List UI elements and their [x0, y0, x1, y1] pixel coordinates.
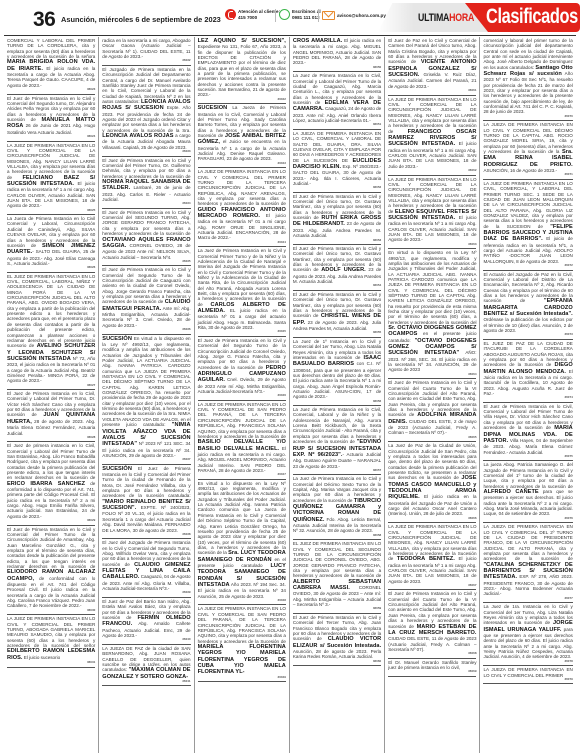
ad-text: En virtud a lo dispuesto en la Ley Nº 49… [388, 250, 476, 324]
classified-ad: El Juzgado de Primera Instancia en la Ci… [102, 66, 190, 157]
ad-code: 36047 [198, 473, 286, 477]
ad-text: LA JUEZ DE PRIMERA INSTANCIA EN LO CIVIL… [7, 616, 95, 648]
publication-date: Asunción, miércoles 6 de septiembre de 2… [61, 15, 221, 24]
classified-ad: LA JUEZ DE PRIMERA INSTANCIA EN LO CIVIL… [7, 142, 95, 216]
ad-code: 36049 [198, 676, 286, 680]
ad-code: 36053 [293, 239, 381, 243]
ad-code: 36073 [483, 333, 572, 337]
classified-ad: LA JUEZ DE PRIMERA INSTANCIA EN LO CIVIL… [198, 168, 286, 247]
ad-code: 36039 [102, 591, 190, 595]
ad-code: 36024 [7, 135, 95, 139]
ad-code: 36035 [102, 260, 190, 264]
whatsapp-icon [279, 9, 290, 20]
ad-text: CIUDAD DEL ESTE, 11 de Agosto de 2023 (A… [388, 636, 476, 652]
classified-ad: El Juez de Primera Instancia en lo Civil… [7, 95, 95, 142]
classified-ad: El Juez de Primera Instancia en lo Civil… [198, 337, 286, 401]
ad-code: 36066 [388, 517, 476, 521]
classified-ad: La Jueza de Primera Instancia en lo Civi… [7, 215, 95, 273]
classified-ad: El Juez de Paz en lo Civil y Comercial d… [388, 37, 476, 96]
classified-ad: En virtud a lo dispuesto en la Ley Nº 49… [198, 480, 286, 606]
ad-text: con C.I. Nº 1308044, para que se present… [293, 361, 381, 399]
ad-text: Asunción, 28 de agosto de 2023. Perla Ka… [293, 649, 381, 659]
column-2: radica en la secretaría a mi cargo, Abog… [99, 37, 194, 753]
classified-ad: LA JUEZ DE PRIMERA INSTANCIA EN LO CIVIL… [388, 523, 476, 590]
deceased-name: CROS AMARILLA. [293, 38, 342, 44]
classified-ad: El Dr. Manuel Gerardo Sanfildo Stanley j… [388, 659, 476, 677]
ad-code: 36044 [198, 241, 286, 245]
classified-ad: La Juez de 1ra. Instancia en lo Civil y … [483, 603, 572, 666]
brand-bar: ULTIMAHORA Clasificados [378, 3, 580, 32]
ad-code: 36062 [388, 169, 476, 173]
classified-ad: El Juez de Primera Instancia en lo Civil… [293, 245, 381, 291]
classified-ad: El Juez de Primera Instancia en lo Civil… [293, 614, 381, 666]
classified-ad: El Juez de Primera Instancia en lo Civil… [483, 403, 572, 462]
classified-ad: COMERCIAL Y LABORAL DEL PRIMER TURNO DE … [7, 37, 95, 95]
ad-code: 36040 [102, 638, 190, 642]
deceased-name: SUCESIÓN [102, 336, 132, 342]
ad-code: 36065 [388, 436, 476, 440]
ad-code: 36034 [102, 202, 190, 206]
ad-code: 36025 [7, 209, 95, 213]
classified-ad: SUCESIÓN En virtud a lo dispuesto en la … [102, 335, 190, 465]
classified-ad: CROS AMARILLA. El juicio radica en la se… [293, 37, 381, 72]
classified-ad: radica en la secretaría a mi cargo, Abog… [102, 37, 190, 66]
deceased-name: MARIELA FLORENTINA YEGROS Y/O MARIELA FL… [198, 644, 286, 675]
classified-ad: El Juez de Primera Instancia en lo Civil… [102, 266, 190, 334]
classified-ad: La Juez de Primera Instancia en lo Civil… [293, 475, 381, 540]
classified-ad: LA JUEZ DE PRIMERA INSTANCIA EN LO CIVIL… [388, 96, 476, 176]
ad-code: 36031 [7, 661, 95, 665]
deceased-name: ADOLF UNGER. [321, 267, 366, 273]
ad-text: La Juez de Primera Instancia en lo Civil… [198, 248, 286, 306]
ad-code: 36032 [102, 59, 190, 63]
ad-text: de conformidad a lo dispuesto por el Art… [7, 481, 95, 519]
ad-code: 36036 [102, 328, 190, 332]
ad-code: 36054 [293, 284, 381, 288]
ad-code: 36050 [293, 66, 381, 70]
classified-ad: LA JUEZ DE PRIMERA INSTANCIA EN LO CIVIL… [388, 176, 476, 250]
ad-code: 36059 [293, 607, 381, 611]
ad-code: 36067 [388, 584, 476, 588]
classified-ad: El Juez de Paz del Barrio San Isidro, Ab… [102, 598, 190, 645]
classified-ad: LA JUEZ DE PRIMERA INSTANCIA EN LO CIVIL… [198, 605, 286, 682]
ad-text: El Juez de primera instancia en lo Civil… [7, 443, 95, 480]
ad-text: EL JUEZ DE PRIMERA INSTANCIA EN LO CIVIL… [293, 541, 381, 578]
page-header: 36 Asunción, miércoles 6 de septiembre d… [0, 0, 580, 34]
ad-code: 36048 [198, 599, 286, 603]
ad-code: 36076 [483, 517, 572, 521]
classified-ad: comercial y laboral del primer turno de … [483, 37, 572, 121]
classified-ad: LA JUEZA DE PAZ de la ciudad de SAN BERN… [102, 645, 190, 687]
deceased-name: BASILIO DELVALLE Y/O BASILIO DELVALLE MA… [198, 439, 286, 451]
ad-code: 36058 [293, 534, 381, 538]
deceased-name: ERICO IBARRA SANCHEZ [7, 481, 85, 487]
ad-text: El Juez de Primera Instancia en lo Civil… [102, 210, 190, 236]
ad-text: LA JUEZA DE PRIMERA INSTANCIA EN LO CIVI… [483, 122, 572, 154]
ad-code: 36061 [388, 89, 476, 93]
classified-ad: SUCESION La Jueza de Primera Instancia e… [198, 104, 286, 168]
ad-code: 36069 [388, 670, 476, 674]
classified-ad: LA JUEZA DE PRIMERA INSTANCIA EN LO CIVI… [483, 666, 572, 684]
classified-ad: El Juez de Primera Instancia en lo Civil… [293, 291, 381, 338]
ad-code: 36029 [7, 519, 95, 523]
classified-ad: LA JUEZ DE PRIMERA INSTANCIA EN LO CIVIL… [198, 401, 286, 480]
ad-code: 36072 [483, 264, 572, 268]
ad-code: 36038 [102, 533, 190, 537]
ad-text: ASUNCIÓN, 16 de Agosto de 2023.- [483, 168, 557, 173]
classified-ad: La jueza Abog. Patricia Samaniego O. del… [483, 461, 572, 523]
classified-ad: En virtud a lo dispuesto en la Ley Nº 49… [388, 249, 476, 379]
ad-code: 36079 [483, 678, 572, 682]
ad-text: El Dr. Manuel Gerardo Sanfildo Stanley j… [388, 660, 476, 670]
classified-ad: La Juez de 1º Instancia en lo Civil y Co… [293, 338, 381, 406]
ad-text: Año 2023 Nº 67 Folio 08 Sec Nº1, ha resu… [483, 71, 572, 114]
ad-text: La jueza Abog. Patricia Samaniego O. del… [483, 462, 572, 488]
header-rule [4, 35, 576, 36]
ad-code: 36063 [388, 243, 476, 247]
classified-ad: EL JUEZ DE PRIMERA INSTANCIA EN LO CIVIL… [7, 273, 95, 390]
classified-ad: El Juez del Juzgado de Primera Instancia… [102, 539, 190, 598]
ad-text: Expediente No 131, Folio 67, Año 2023, a… [198, 44, 286, 97]
ad-text: El juicio sucesorio [22, 655, 60, 660]
classified-ad: El Juez de Primera Instancia en lo Civil… [388, 379, 476, 442]
classified-ad: La Juez de Primera Instancia en lo Civil… [198, 247, 286, 337]
ad-code: 36055 [293, 331, 381, 335]
ad-code: 36023 [7, 88, 95, 92]
ad-code: 36030 [7, 609, 95, 613]
phone-icon [225, 9, 236, 20]
ad-code: 36075 [483, 455, 572, 459]
ad-code: 36037 [102, 458, 190, 462]
ad-text: En virtud a lo dispuesto en la Ley Nº 49… [102, 336, 190, 428]
classified-ad: LA JUEZA DE PRIMERA INSTANCIA EN LO CIVI… [483, 121, 572, 180]
divider [275, 9, 276, 22]
ad-text: radica en la secretaría a mi cargo, Abog… [102, 38, 190, 59]
ad-code: 36028 [7, 436, 95, 440]
classified-ad: El Juez de Primera Instancia en lo Civil… [7, 390, 95, 442]
classified-ad: El Juez de Primera Instancia en lo Civil… [7, 526, 95, 616]
classified-ad: La Juez de Paz de la Ciudad de Unión, Ci… [388, 442, 476, 523]
classified-ad: El Actuario del Juzgado de Paz en lo Civ… [483, 271, 572, 340]
ad-text: COMERCIAL Y LABORAL DEL PRIMER TURNO DE … [7, 38, 95, 59]
ad-code: 36046 [198, 394, 286, 398]
ad-code: 36045 [198, 330, 286, 334]
ad-code: 36060 [293, 660, 381, 664]
deceased-name: TEODORA BENITEZ. [397, 556, 455, 562]
mail-icon [322, 11, 335, 20]
ad-code: 36071 [483, 173, 572, 177]
ad-text: EL JUEZ DE PRIMERA INSTANCIA EN LO CIVIL… [7, 274, 95, 348]
classified-ad: El Juez de Primera Instancia en lo Civil… [102, 209, 190, 267]
classified-ad: LA JUEZ DE PRIMERA INSTANCIA EN LO CIVIL… [7, 615, 95, 667]
ad-text: En virtud a lo dispuesto en la Ley Nº 49… [198, 481, 286, 555]
ad-text: 23 de Agosto de 2023. Abg. Julia Andrea … [293, 320, 381, 331]
ad-text: LA JUEZ DE PRIMERA INSTANCIA EN LO CIVIL… [198, 402, 286, 439]
email-contact: avisos@uhora.com.py [322, 11, 386, 20]
classified-ad: LA JUEZA DE PRIMERA INSTANCIA EN LO CIVI… [293, 130, 381, 193]
classified-ad: LA JUEZ DE PRIMERA INSTANCIA EN LO CIVIL… [483, 180, 572, 271]
ad-text: LA JUEZA DE PRIMERA INSTANCIA EN LO CIVI… [483, 667, 572, 677]
ad-code: 36041 [102, 680, 190, 684]
deceased-name: LEZ AQUINO S/ SUCESION", [198, 38, 286, 44]
customer-service-contact: Atención al cliente:415 7000 [225, 9, 280, 20]
column-1: COMERCIAL Y LABORAL DEL PRIMER TURNO DE … [4, 37, 99, 753]
classified-ad: LEZ AQUINO S/ SUCESION", Expediente No 1… [198, 37, 286, 104]
column-6: comercial y laboral del primer turno de … [480, 37, 575, 753]
classifieds-columns: COMERCIAL Y LABORAL DEL PRIMER TURNO DE … [4, 37, 576, 753]
ad-text: LA JUEZ DE PRIMERA INSTANCIA EN LO CIVIL… [198, 606, 286, 643]
ad-text: LA JUEZ DE PRIMERA INSTANCIA EN LO CIVIL… [198, 169, 286, 206]
ad-text: LA JUEZ DE PRIMERA INSTANCIA EN LO CIVIL… [483, 181, 572, 229]
classified-ad: La Juez de Primera Instancia en lo Civil… [293, 406, 381, 475]
deceased-name: LEONCIA AVALOS ROJAS [102, 133, 173, 139]
deceased-name: SUCESION [198, 105, 228, 111]
column-4: CROS AMARILLA. El juicio radica en la se… [290, 37, 385, 753]
deceased-name: SUCESIÓN [102, 466, 132, 472]
ad-text: LA JUEZA DE PRIMERA INSTANCIA EN LO CIVI… [483, 524, 572, 561]
ad-code: 36042 [198, 98, 286, 102]
deceased-name: ALFREDO CAÑETE [483, 489, 538, 495]
classified-ad: El Juez de Primera Instancia en lo Civil… [102, 157, 190, 209]
ad-code: 36043 [198, 162, 286, 166]
ad-text: El Juez de Primera Instancia en lo Civil… [7, 527, 95, 569]
section-title: Clasificados [486, 5, 578, 29]
classified-ad: El Juez de Primera Instancia en lo Civil… [388, 590, 476, 658]
ad-code: 36052 [293, 186, 381, 190]
classified-ad: El Juez de primera instancia en lo Civil… [7, 442, 95, 525]
ad-code: 36070 [483, 115, 572, 119]
ad-code: 36027 [7, 384, 95, 388]
ad-code: 36074 [483, 396, 572, 400]
divider [318, 9, 319, 22]
classified-ad: LA JUEZA DE PRIMERA INSTANCIA EN LO CIVI… [483, 523, 572, 603]
newspaper-logo: ULTIMAHORA [418, 12, 474, 24]
classified-ad: La Juez de Primera Instancia en lo Civil… [293, 72, 381, 130]
classified-ad: EL JUEZ DE PRIMERA INSTANCIA EN LO CIVIL… [293, 540, 381, 614]
column-3: LEZ AQUINO S/ SUCESION", Expediente No 1… [195, 37, 290, 753]
classified-ad: El Juez de Primera Instancia en lo Civil… [293, 193, 381, 245]
ad-code: 36056 [293, 400, 381, 404]
ad-code: 36077 [483, 597, 572, 601]
ad-code: 36064 [388, 373, 476, 377]
phone-number: 415 7000 [238, 15, 257, 20]
column-5: El Juez de Paz en lo Civil y Comercial d… [385, 37, 480, 753]
page-number: 36 [33, 8, 55, 32]
whatsapp-contact: Escribinos al0981 111 013 [279, 9, 321, 20]
ad-code: 36068 [388, 652, 476, 656]
classified-ad: EL JUEZ DE PAZ DE LA CIUDAD DE ITACURUBI… [483, 340, 572, 403]
ad-code: 36057 [293, 469, 381, 473]
classified-ad: SUCESIÓN El Juez de Primera Instancia en… [102, 465, 190, 540]
ad-code: 36078 [483, 660, 572, 664]
ad-code: 36051 [293, 123, 381, 127]
ad-text: Ordénase la publicación de los edictos p… [483, 317, 572, 333]
ad-text: El Juez de Primera Instancia en lo Civil… [102, 158, 190, 179]
ad-code: 36026 [7, 266, 95, 270]
whatsapp-number: 0981 111 013 [292, 15, 320, 20]
ad-code: 36033 [102, 150, 190, 154]
